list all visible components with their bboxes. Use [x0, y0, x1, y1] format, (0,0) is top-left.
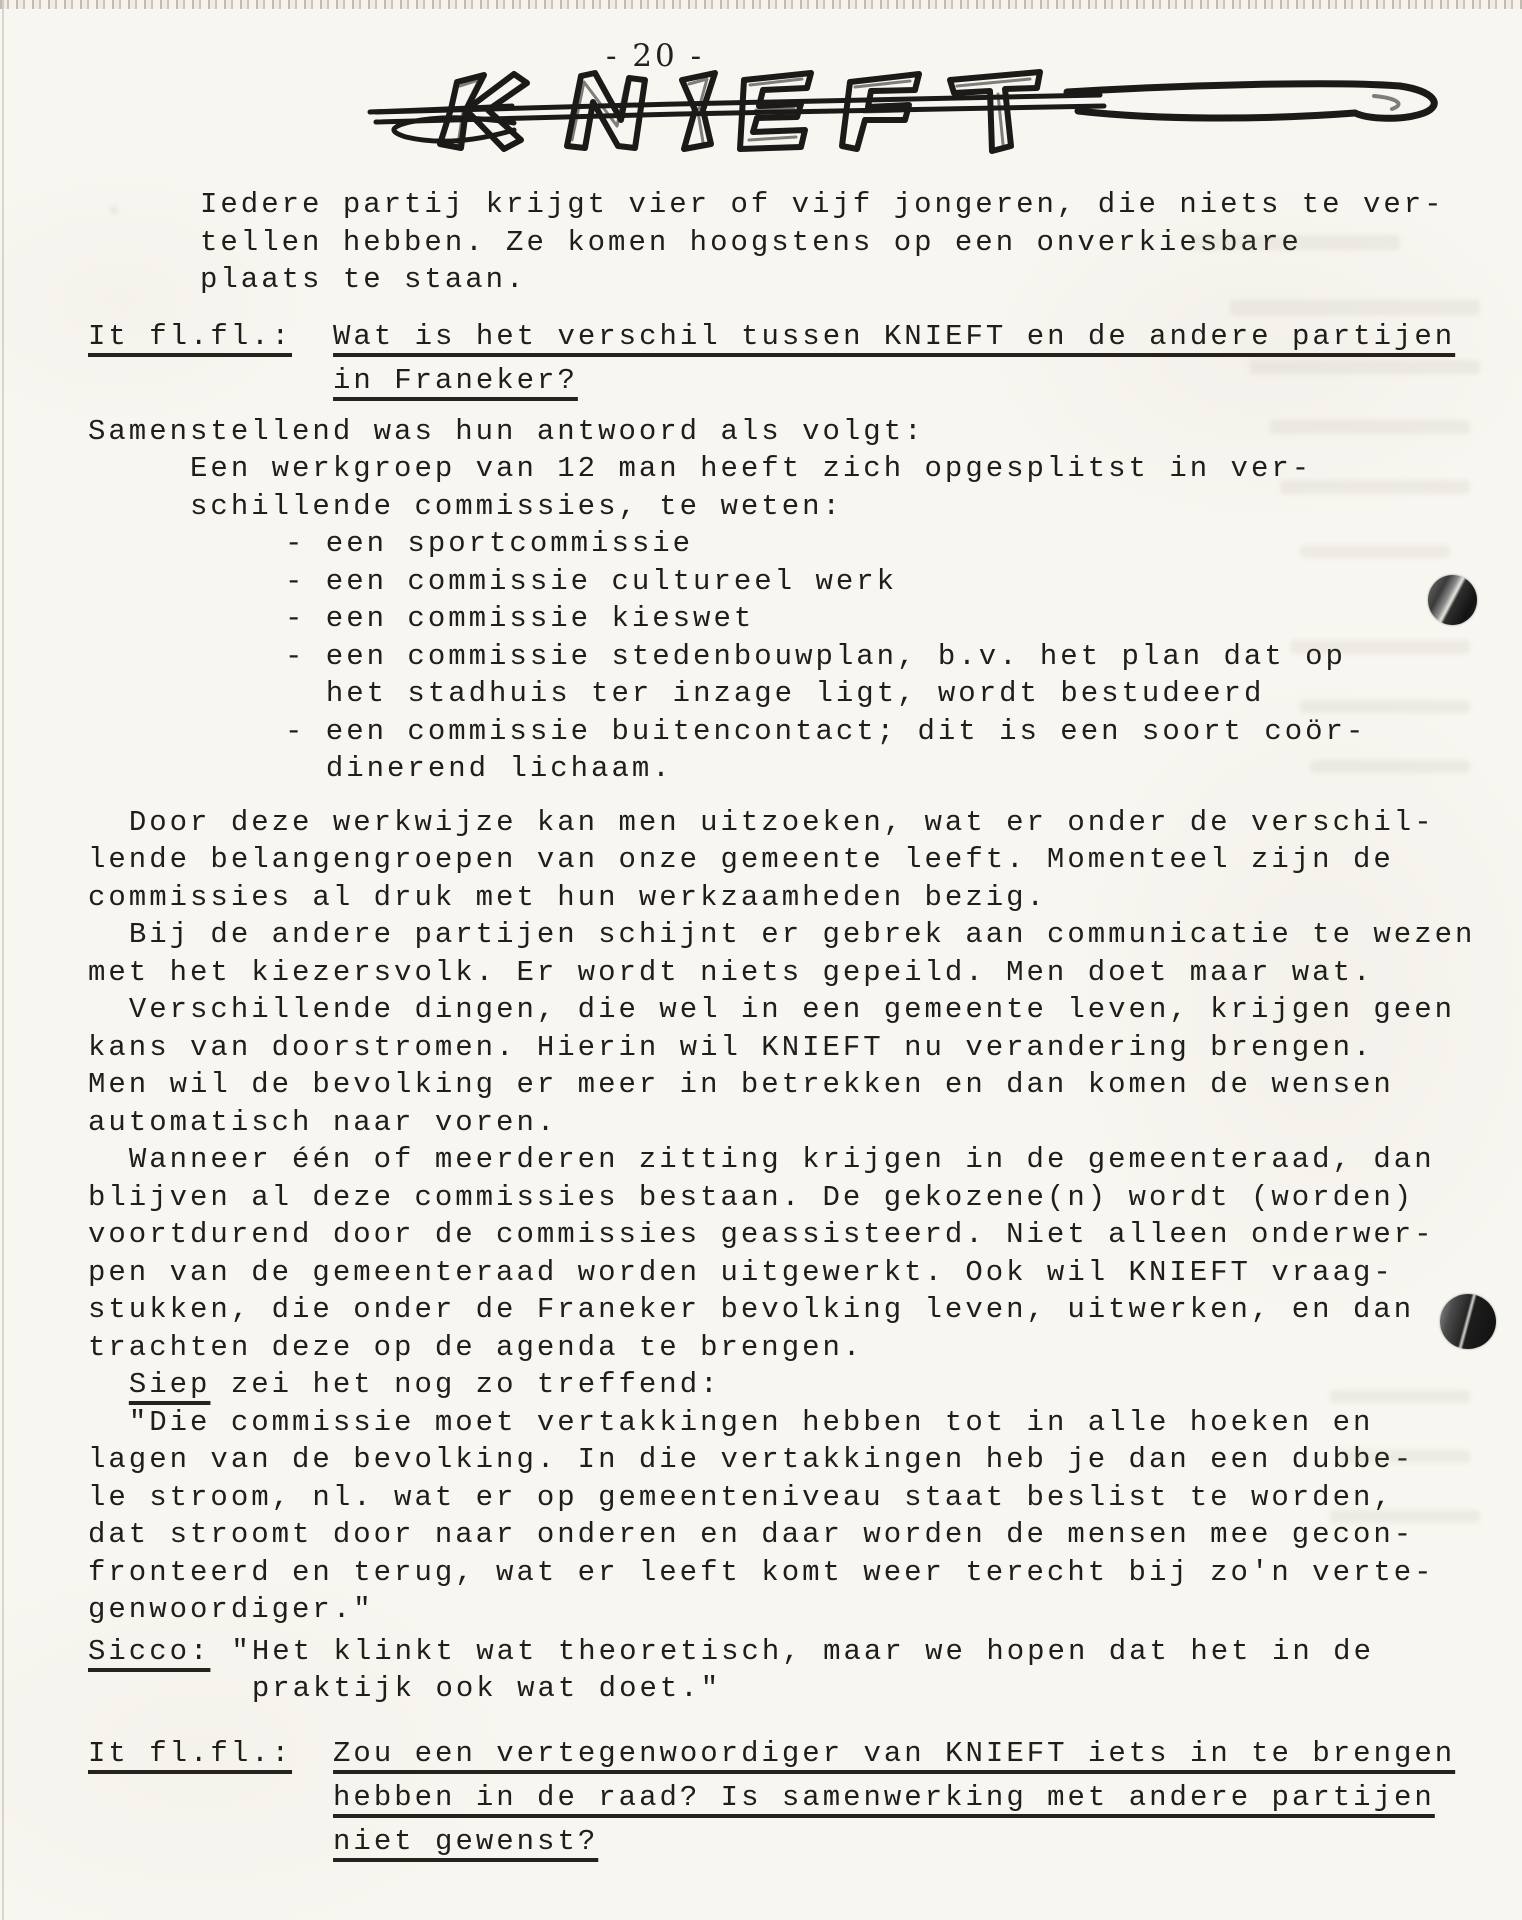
body-paragraph: Door deze werkwijze kan men uitzoeken, w… — [88, 804, 1490, 917]
sicco-name: Sicco: — [88, 1633, 210, 1671]
scan-edge-artifact-top — [0, 0, 1522, 9]
sicco-line: Sicco: "Het klinkt wat theoretisch, maar… — [88, 1633, 1490, 1708]
text-column: Iedere partij krijgt vier of vijf jonger… — [88, 186, 1490, 1864]
bleed-through-smudge — [1280, 480, 1470, 494]
punch-hole-top — [1428, 575, 1477, 625]
ink-speck — [110, 205, 118, 215]
bleed-through-smudge — [1230, 300, 1480, 315]
body-paragraph: Wanneer één of meerderen zitting krijgen… — [88, 1141, 1490, 1366]
bleed-through-smudge — [1310, 760, 1470, 773]
bleed-through-smudge — [1270, 420, 1470, 434]
body-paragraphs: Door deze werkwijze kan men uitzoeken, w… — [88, 804, 1490, 1629]
bleed-through-smudge — [1340, 1450, 1470, 1463]
bleed-through-smudge — [1330, 1390, 1470, 1403]
siep-name: Siep — [129, 1368, 211, 1401]
bleed-through-smudge — [1330, 1510, 1480, 1523]
siep-line: Siep zei het nog zo treffend: — [88, 1366, 1490, 1404]
siep-indent — [88, 1368, 129, 1401]
sicco-quote: "Het klinkt wat theoretisch, maar we hop… — [231, 1633, 1374, 1708]
list-item-buitencontact: - een commissie buitencontact; dit is ee… — [285, 713, 1490, 788]
question-2-text: Zou een vertegenwoordiger van KNIEFT iet… — [333, 1732, 1455, 1864]
bleed-through-smudge — [1190, 235, 1400, 250]
punch-hole-bottom — [1440, 1294, 1496, 1349]
siep-quote: "Die commissie moet vertakkingen hebben … — [88, 1404, 1490, 1629]
bleed-through-smudge — [1300, 545, 1450, 558]
interview-question-2: It fl.fl.: Zou een vertegenwoordiger van… — [88, 1732, 1490, 1864]
bleed-through-smudge — [1290, 640, 1470, 654]
knieft-scribble-logo-icon — [362, 60, 1447, 168]
scan-edge-artifact-left — [2, 0, 4, 1920]
question-1-label: It fl.fl.: — [88, 315, 292, 359]
siep-rest: zei het nog zo treffend: — [210, 1368, 720, 1401]
body-paragraph: Verschillende dingen, die wel in een gem… — [88, 991, 1490, 1141]
interview-question-1: It fl.fl.: Wat is het verschil tussen KN… — [88, 315, 1490, 403]
bleed-through-smudge — [1300, 700, 1470, 713]
list-item-cultureel-werk: - een commissie cultureel werk — [285, 563, 1490, 601]
committee-list: - een sportcommissie - een commissie cul… — [88, 525, 1490, 788]
bleed-through-smudge — [1250, 360, 1480, 374]
question-1-text: Wat is het verschil tussen KNIEFT en de … — [333, 315, 1455, 403]
question-2-label: It fl.fl.: — [88, 1732, 292, 1776]
list-item-kieswet: - een commissie kieswet — [285, 600, 1490, 638]
body-paragraph: Bij de andere partijen schijnt er gebrek… — [88, 916, 1490, 991]
knieft-logo-drawing — [362, 60, 1447, 168]
scanned-newsletter-page: { "colors": { "paper": "#f8f6f0", "ink":… — [0, 0, 1522, 1920]
